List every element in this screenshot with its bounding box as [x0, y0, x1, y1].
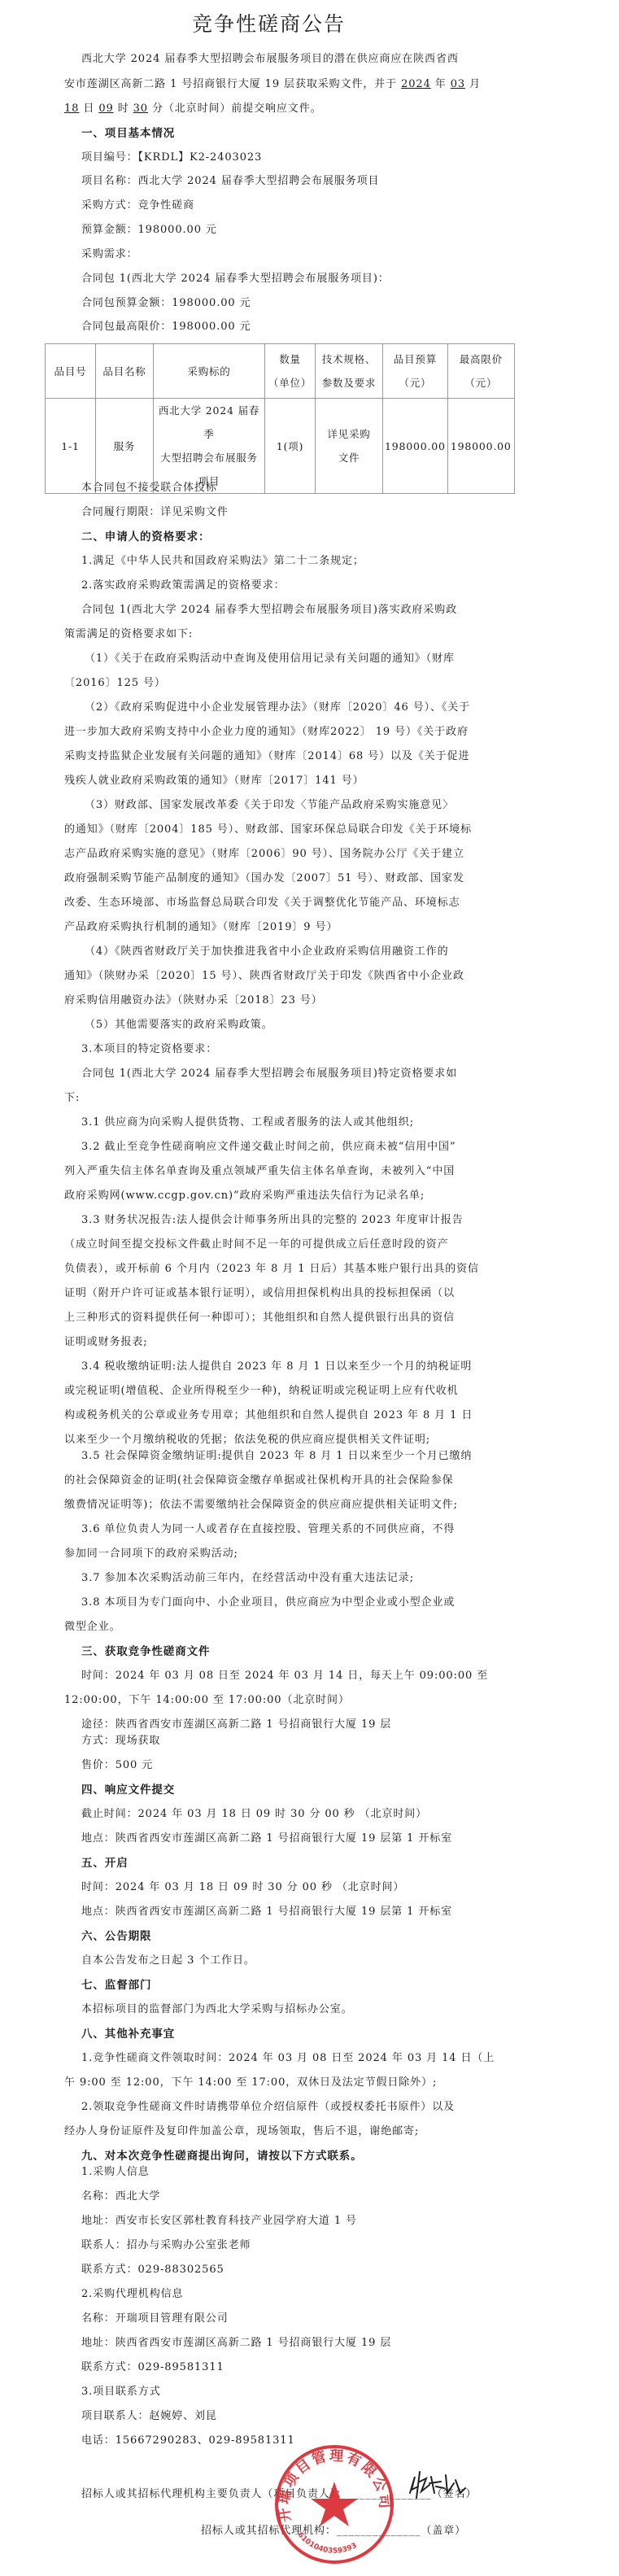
header-item-name: 品目名称 [96, 344, 154, 399]
header-item-budget: 品目预算 （元） [383, 344, 448, 399]
section-1-heading: 一、项目基本情况 [81, 126, 521, 141]
requirement-line: 合同包 1(西北大学 2024 届春季大型招聘会布展服务项目)特定资格要求如 [81, 1067, 521, 1081]
intro-text: 年 [431, 78, 451, 90]
intro-text: 月 [465, 78, 481, 90]
agency-phone: 联系方式：029-89581311 [81, 2360, 521, 2375]
requirement-line: 参加同一合同项下的政府采购活动; [64, 1547, 503, 1561]
document-price: 售价：500 元 [81, 1758, 521, 1773]
header-quantity: 数量 （单位） [265, 344, 316, 399]
intro-line-1: 西北大学 2024 届春季大型招聘会布展服务项目的潜在供应商应在陕西省西 [81, 52, 521, 67]
requirement-line: 3.3 财务状况报告:法人提供会计师事务所出具的完整的 2023 年度审计报告 [81, 1213, 521, 1228]
header-cell: 技术规格、 参数及要求 [322, 353, 377, 389]
requirement-line: 1.满足《中华人民共和国政府采购法》第二十二条规定； [81, 554, 521, 569]
page-title: 竞争性磋商公告 [0, 8, 538, 37]
purchaser-info-title: 1.采购人信息 [81, 2165, 521, 2180]
cell-text: 1-1 [61, 440, 80, 452]
section-7-heading: 七、监督部门 [81, 1978, 521, 1993]
section-3-heading: 三、获取竞争性磋商文件 [81, 1644, 521, 1659]
requirement-line: 3.2 截止至竞争性磋商响应文件递交截止时间之前，供应商未被“信用中国” [81, 1140, 521, 1155]
purchaser-phone: 联系方式：029-88302565 [81, 2263, 521, 2277]
announcement-page: 竞争性磋商公告 西北大学 2024 届春季大型招聘会布展服务项目的潜在供应商应在… [0, 0, 619, 2576]
cell-text: 西北大学 2024 届春季 大型招聘会布展服务 项目 [159, 404, 259, 487]
header-cell: 采购标的 [187, 365, 230, 378]
requirement-line: 证明或财务报表; [64, 1335, 503, 1350]
cell-text: 服务 [114, 440, 136, 452]
agency-info-title: 2.采购代理机构信息 [81, 2287, 521, 2302]
cell-quantity: 1(项) [265, 399, 316, 494]
requirement-line: （1）《关于在政府采购活动中查询及使用信用记录有关问题的通知》（财库 [85, 652, 524, 666]
submission-deadline: 截止时间：2024 年 03 月 18 日 09 时 30 分 00 秒 （北京… [81, 1807, 521, 1822]
submission-place: 地点：陕西省西安市莲湖区高新二路 1 号招商银行大厦 19 层第 1 开标室 [81, 1832, 521, 1846]
seal-code: 6101040359393 [296, 2531, 359, 2556]
requirement-line: 缴费情况证明等)；依法不需要缴纳社会保障资金的供应商应提供相关证明文件; [64, 1498, 503, 1513]
svg-text:6101040359393: 6101040359393 [296, 2531, 359, 2556]
header-cell: 品目号 [54, 365, 87, 378]
requirement-line: 残疾人就业政府采购政策的通知》（财库〔2017〕141 号） [64, 774, 503, 788]
supplement-line: 2.领取竞争性磋商文件时请携带单位介绍信原件（或授权委托书原件）以及 [81, 2100, 521, 2115]
deadline-year: 2024 [401, 78, 431, 90]
handwritten-signature-icon [407, 2469, 472, 2501]
announcement-period: 自本公告发布之日起 3 个工作日。 [81, 1954, 521, 1968]
deadline-month: 03 [451, 78, 465, 90]
requirement-line: 改委、生态环境部、市场监督总局联合印发《关于调整优化节能产品、环境标志 [64, 896, 503, 910]
requirement-line: 证明（附开户许可证或基本银行证明），或信用担保机构出具的投标担保函（以 [64, 1286, 503, 1301]
project-name: 项目名称：西北大学 2024 届春季大型招聘会布展服务项目 [81, 174, 521, 189]
contract-period: 合同履行期限：详见采购文件 [81, 505, 521, 520]
cell-text: 198000.00 [385, 440, 446, 452]
cell-item-budget: 198000.00 [383, 399, 448, 494]
no-consortium-note: 本合同包不接受联合体投标 [81, 481, 521, 496]
requirement-line: 上三种形式的资料提供任何一种即可）；其他组织和自然人提供银行出具的资信 [64, 1311, 503, 1325]
agency-address: 地址：陕西省西安市莲湖区高新二路 1 号招商银行大厦 19 层 [81, 2336, 521, 2351]
deadline-day: 18 [64, 103, 79, 115]
requirement-line: 下: [64, 1091, 503, 1106]
header-item-no: 品目号 [46, 344, 96, 399]
supplement-line: 午 9:00 至 12:00，下午 14:00 至 17:00，双休日及法定节假… [64, 2076, 503, 2090]
intro-text: 分（北京时间）前提交响应文件。 [148, 103, 322, 115]
header-max-price: 最高限价 （元） [447, 344, 514, 399]
table-row: 1-1 服务 西北大学 2024 届春季 大型招聘会布展服务 项目 1(项) 详… [46, 399, 515, 494]
supplement-line: 1.竞争性磋商文件领取时间：2024 年 03 月 08 日至 2024 年 0… [81, 2051, 521, 2066]
supplement-line: 经办人身份证原件及复印件加盖公章，现场领取，售后不退，谢绝邮寄; [64, 2124, 503, 2139]
cell-item-no: 1-1 [46, 399, 96, 494]
purchaser-contact: 联系人：招办与采购办公室张老师 [81, 2238, 521, 2253]
requirement-line: 〔2016〕125 号） [64, 676, 503, 691]
requirement-line: 进一步加大政府采购支持中小企业力度的通知》（财库2022〕 19 号）《关于政府 [64, 725, 503, 740]
requirement-line: 3.本项目的特定资格要求： [81, 1042, 521, 1057]
package-budget: 合同包预算金额：198000.00 元 [81, 296, 521, 311]
purchaser-address: 地址：西安市长安区郭杜教育科技产业园学府大道 1 号 [81, 2214, 521, 2229]
company-seal-icon: 开瑞项目管理有限公司 6101040359393 [273, 2443, 395, 2565]
requirement-line: 3.4 税收缴纳证明:法人提供自 2023 年 8 月 1 日以来至少一个月的纳… [81, 1360, 521, 1374]
requirement-line: （4）《陕西省财政厅关于加快推进我省中小企业政府采购信用融资工作的 [85, 945, 524, 959]
project-contacts: 项目联系人：赵婉婷、刘昆 [81, 2409, 521, 2424]
purchaser-name: 名称：西北大学 [81, 2190, 521, 2204]
requirement-line: 3.8 本项目为专门面向中、小企业项目，供应商应为中型企业或小型企业或 [81, 1596, 521, 1610]
seal-suffix: （盖章） [421, 2525, 466, 2537]
requirement-line: 政府强制采购节能产品制度的通知》（国办发〔2007〕51 号）、财政部、国家发 [64, 871, 503, 886]
requirement-line: 负债表），或开标前 6 个月内（2023 年 8 月 1 日后）其基本账户银行出… [64, 1262, 503, 1277]
requirement-line: 3.6 单位负责人为同一人或者存在直接控股、管理关系的不同供应商，不得 [81, 1522, 521, 1537]
header-cell: 数量 （单位） [268, 353, 312, 389]
intro-text: 安市莲湖区高新二路 1 号招商银行大厦 19 层获取采购文件，并于 [64, 78, 401, 90]
deadline-minute: 30 [133, 103, 148, 115]
section-9-heading: 九、对本次竞争性磋商提出询问，请按以下方式联系。 [81, 2149, 521, 2163]
project-contact-title: 3.项目联系方式 [81, 2385, 521, 2399]
intro-line-3: 18 日 09 时 30 分（北京时间）前提交响应文件。 [64, 102, 503, 116]
section-4-heading: 四、响应文件提交 [81, 1783, 521, 1797]
contract-package: 合同包 1(西北大学 2024 届春季大型招聘会布展服务项目)： [81, 272, 521, 286]
requirement-line: （成立时间至提交投标文件截止时间不足一年的可提供成立后任意时段的资产 [64, 1238, 503, 1252]
requirement-line: 志产品政府采购实施的意见》（财库〔2006〕90 号）、国务院办公厅《关于建立 [64, 847, 503, 862]
header-cell: 最高限价 （元） [460, 353, 503, 389]
package-max-price: 合同包最高限价：198000.00 元 [81, 320, 521, 334]
requirement-line: 府采购信用融资办法》（陕财办采〔2018〕23 号） [64, 993, 503, 1008]
requirement-line: 合同包 1(西北大学 2024 届春季大型招聘会布展服务项目)落实政府采购政 [81, 603, 521, 618]
requirement-line: （2）《政府采购促进中小企业发展管理办法》（财库〔2020〕46 号）、《关于 [85, 701, 524, 715]
requirement-line: 列入严重失信主体名单查询及重点领域严重失信主体名单查询，未被列入“中国 [64, 1164, 503, 1179]
requirement-line: 3.7 参加本次采购活动前三年内，在经营活动中没有重大违法记录; [81, 1571, 521, 1586]
header-spec: 技术规格、 参数及要求 [316, 344, 383, 399]
requirement-line: （3）财政部、国家发展改革委《关于印发〈节能产品政府采购实施意见〉 [85, 798, 524, 813]
requirement-line: 的通知》（财库〔2004〕185 号）、财政部、国家环保总局联合印发《关于环境标 [64, 823, 503, 837]
obtain-method: 方式：现场获取 [81, 1734, 521, 1749]
requirement-line: 构或税务机关的公章或业务专用章；其他组织和自然人提供自 2023 年 8 月 1… [64, 1408, 503, 1423]
cell-item-name: 服务 [96, 399, 154, 494]
section-5-heading: 五、开启 [81, 1856, 521, 1871]
requirement-line: 或完税证明(增值税、企业所得税至少一种)，纳税证明或完税证明上应有代收机 [64, 1384, 503, 1399]
cell-text: 198000.00 [451, 440, 512, 452]
cell-spec: 详见采购 文件 [316, 399, 383, 494]
obtain-route: 途径：陕西省西安市莲湖区高新二路 1 号招商银行大厦 19 层 [81, 1718, 521, 1732]
requirement-line: 采购支持监狱企业发展有关问题的通知》（财库〔2014〕68 号）以及《关于促进 [64, 749, 503, 764]
section-2-heading: 二、申请人的资格要求： [81, 530, 521, 544]
intro-line-2: 安市莲湖区高新二路 1 号招商银行大厦 19 层获取采购文件，并于 2024 年… [64, 77, 503, 92]
table-header-row: 品目号 品目名称 采购标的 数量 （单位） 技术规格、 参数及要求 品目预算 （… [46, 344, 515, 399]
requirement-line: 的社会保障资金的证明(社会保障资金缴存单据或社保机构开具的社会保险参保 [64, 1474, 503, 1488]
agency-name: 名称：开瑞项目管理有限公司 [81, 2312, 521, 2326]
requirement-line: 政府采购网(www.ccgp.gov.cn)”政府采购严重违法失信行为记录名单; [64, 1189, 503, 1203]
obtain-time-line-2: 12:00:00，下午 14:00:00 至 17:00:00（北京时间） [64, 1693, 503, 1708]
intro-text: 时 [114, 103, 133, 115]
seal-line: 招标人或其招标代理机构：______________（盖章） [201, 2524, 619, 2539]
requirement-line: 3.1 供应商为向采购人提供货物、工程或者服务的法人或其他组织; [81, 1116, 521, 1130]
requirement-line: 产品政府采购执行机制的通知》（财库〔2019〕9 号） [64, 920, 503, 935]
section-6-heading: 六、公告期限 [81, 1929, 521, 1944]
project-number: 项目编号：【KRDL】K2-2403023 [81, 151, 521, 165]
cell-subject: 西北大学 2024 届春季 大型招聘会布展服务 项目 [154, 399, 265, 494]
cell-text: 详见采购 文件 [327, 428, 370, 464]
items-table: 品目号 品目名称 采购标的 数量 （单位） 技术规格、 参数及要求 品目预算 （… [45, 343, 515, 494]
requirement-line: 通知》（陕财办采〔2020〕15 号）、陕西省财政厅关于印发《陕西省中小企业政 [64, 969, 503, 984]
intro-text: 日 [79, 103, 98, 115]
opening-place: 地点：陕西省西安市莲湖区高新二路 1 号招商银行大厦 19 层第 1 开标室 [81, 1905, 521, 1919]
supervision-department: 本招标项目的监督部门为西北大学采购与招标办公室。 [81, 2002, 521, 2017]
procurement-demand: 采购需求： [81, 247, 521, 262]
requirement-line: 2.落实政府采购政策需满足的资格要求： [81, 579, 521, 593]
requirement-line: 以来至少一个月缴纳税收的凭据；依法免税的供应商应提供相关文件证明; [64, 1433, 503, 1447]
requirement-line: 策需满足的资格要求如下: [64, 627, 503, 642]
deadline-hour: 09 [98, 103, 113, 115]
procurement-method: 采购方式：竞争性磋商 [81, 199, 521, 213]
requirement-line: （5）其他需要落实的政府采购政策。 [85, 1018, 524, 1033]
header-cell: 品目预算 （元） [394, 353, 437, 389]
cell-text: 1(项) [277, 440, 303, 452]
header-cell: 品目名称 [102, 365, 146, 378]
requirement-line: 微型企业。 [64, 1620, 503, 1635]
opening-time: 时间：2024 年 03 月 18 日 09 时 30 分 00 秒 （北京时间… [81, 1880, 521, 1895]
section-8-heading: 八、其他补充事宜 [81, 2027, 521, 2041]
header-subject: 采购标的 [154, 344, 265, 399]
obtain-time-line-1: 时间：2024 年 03 月 08 日至 2024 年 03 月 14 日，每天… [81, 1669, 521, 1683]
requirement-line: 3.5 社会保障资金缴纳证明:提供自 2023 年 8 月 1 日以来至少一个月… [81, 1449, 521, 1464]
budget-amount: 预算金额：198000.00 元 [81, 223, 521, 238]
cell-max-price: 198000.00 [447, 399, 514, 494]
